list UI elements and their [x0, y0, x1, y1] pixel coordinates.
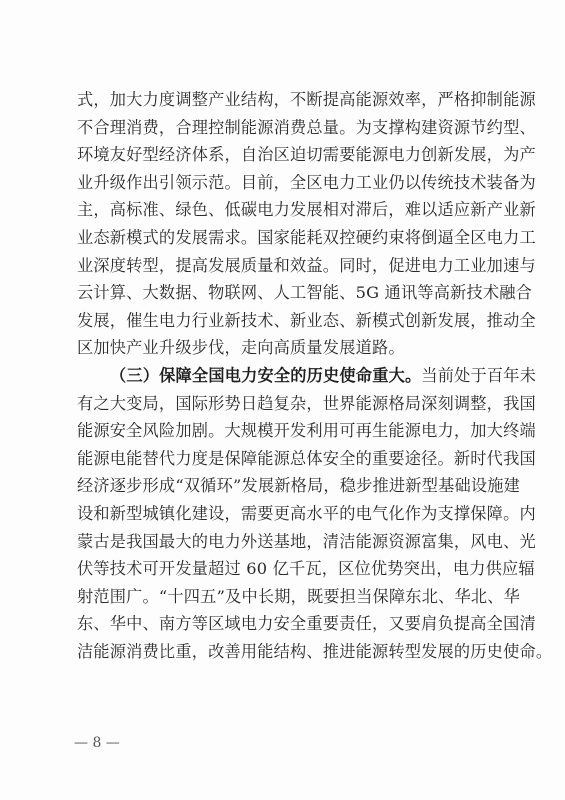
- text-line: 伏等技术可开发量超过 60 亿千瓦，区位优势突出，电力供应辐: [77, 555, 495, 583]
- section-heading-line: （三）保障全国电力安全的历史使命重大。当前处于百年未: [77, 362, 495, 390]
- paragraph-energy-structure: 式，加大力度调整产业结构，不断提高能源效率，严格抑制能源 不合理消费，合理控制能…: [77, 86, 495, 362]
- text-line: 洁能源消费比重，改善用能结构、推进能源转型发展的历史使命。: [77, 638, 495, 666]
- text-line: 能源电能替代力度是保障能源总体安全的重要途径。新时代我国: [77, 445, 495, 473]
- text-line: 设和新型城镇化建设，需要更高水平的电气化作为支撑保障。内: [77, 500, 495, 528]
- text-line: 经济逐步形成“双循环”发展新格局，稳步推进新型基础设施建: [77, 472, 495, 500]
- text-line: 云计算、大数据、物联网、人工智能、5G 通讯等高新技术融合: [77, 279, 495, 307]
- section-heading: （三）保障全国电力安全的历史使命重大。: [110, 366, 421, 385]
- text-line: 业深度转型，提高发展质量和效益。同时，促进电力工业加速与: [77, 252, 495, 280]
- text-line: 环境友好型经济体系，自治区迫切需要能源电力创新发展，为产: [77, 141, 495, 169]
- text-line: 区加快产业升级步伐，走向高质量发展道路。: [77, 334, 495, 362]
- text-line: 能源安全风险加剧。大规模开发利用可再生能源电力，加大终端: [77, 417, 495, 445]
- text-run: 当前处于百年未: [421, 366, 536, 385]
- paragraph-section-3: （三）保障全国电力安全的历史使命重大。当前处于百年未 有之大变局，国际形势日趋复…: [77, 362, 495, 666]
- text-line: 不合理消费，合理控制能源消费总量。为支撑构建资源节约型、: [77, 114, 495, 142]
- text-line: 式，加大力度调整产业结构，不断提高能源效率，严格抑制能源: [77, 86, 495, 114]
- text-line: 主，高标准、绿色、低碳电力发展相对滞后，难以适应新产业新: [77, 196, 495, 224]
- text-line: 业升级作出引领示范。目前，全区电力工业仍以传统技术装备为: [77, 169, 495, 197]
- text-line: 东、华中、南方等区域电力安全重要责任，又要肩负提高全国清: [77, 610, 495, 638]
- page-number: — 8 —: [74, 735, 120, 751]
- document-page: 式，加大力度调整产业结构，不断提高能源效率，严格抑制能源 不合理消费，合理控制能…: [0, 0, 565, 800]
- text-line: 有之大变局，国际形势日趋复杂，世界能源格局深刻调整，我国: [77, 390, 495, 418]
- text-line: 蒙古是我国最大的电力外送基地，清洁能源资源富集，风电、光: [77, 528, 495, 556]
- text-line: 业态新模式的发展需求。国家能耗双控硬约束将倒逼全区电力工: [77, 224, 495, 252]
- text-line: 发展，催生电力行业新技术、新业态、新模式创新发展，推动全: [77, 307, 495, 335]
- body-text: 式，加大力度调整产业结构，不断提高能源效率，严格抑制能源 不合理消费，合理控制能…: [77, 86, 495, 665]
- text-line: 射范围广。“十四五”及中长期，既要担当保障东北、华北、华: [77, 583, 495, 611]
